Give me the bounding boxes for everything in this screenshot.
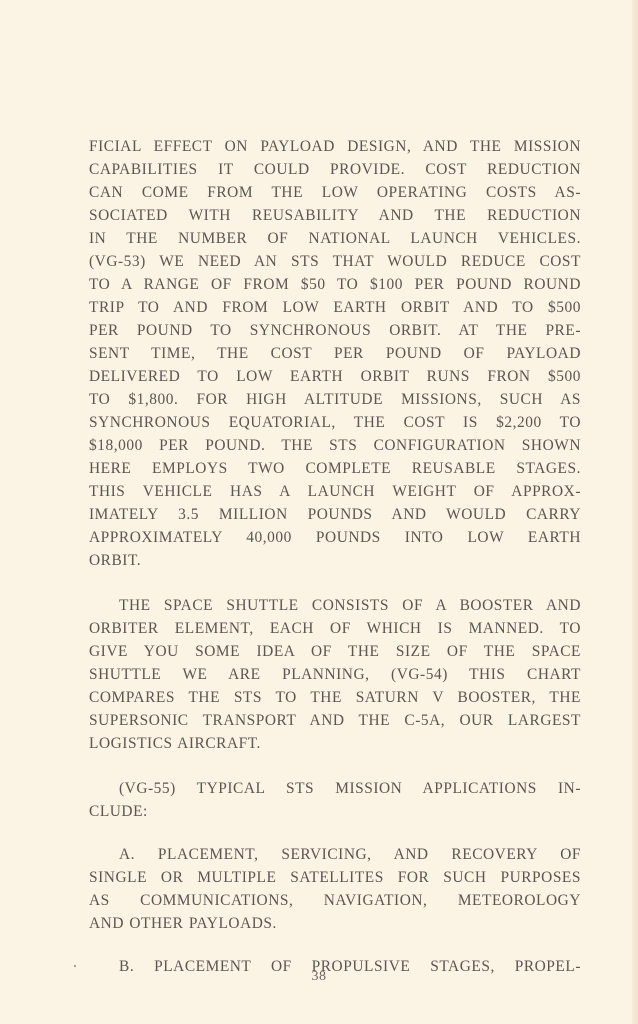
- paragraph-cost-reduction: FICIAL EFFECT ON PAYLOAD DESIGN, AND THE…: [89, 135, 581, 572]
- text-line: FICIAL EFFECT ON PAYLOAD DESIGN, AND THE…: [89, 135, 581, 158]
- page-number: 38: [0, 969, 638, 985]
- paragraph-space-shuttle-size: THE SPACE SHUTTLE CONSISTS OF A BOOSTER …: [89, 594, 581, 755]
- text-line: IMATELY 3.5 MILLION POUNDS AND WOULD CAR…: [89, 503, 581, 526]
- text-line: THIS VEHICLE HAS A LAUNCH WEIGHT OF APPR…: [89, 480, 581, 503]
- text-line: LOGISTICS AIRCRAFT.: [89, 732, 581, 755]
- paragraph-mission-applications: (VG-55) TYPICAL STS MISSION APPLICATIONS…: [89, 777, 581, 823]
- text-line: SOCIATED WITH REUSABILITY AND THE REDUCT…: [89, 204, 581, 227]
- text-line: TRIP TO AND FROM LOW EARTH ORBIT AND TO …: [89, 296, 581, 319]
- paragraph-spacer: [89, 823, 581, 843]
- page-body: FICIAL EFFECT ON PAYLOAD DESIGN, AND THE…: [89, 135, 581, 978]
- text-line: HERE EMPLOYS TWO COMPLETE REUSABLE STAGE…: [89, 457, 581, 480]
- text-line: COMPARES THE STS TO THE SATURN V BOOSTER…: [89, 686, 581, 709]
- text-line: GIVE YOU SOME IDEA OF THE SIZE OF THE SP…: [89, 640, 581, 663]
- paragraph-spacer: [89, 755, 581, 777]
- text-line: AS COMMUNICATIONS, NAVIGATION, METEOROLO…: [89, 889, 581, 912]
- text-line: AND OTHER PAYLOADS.: [89, 912, 581, 935]
- text-line: SENT TIME, THE COST PER POUND OF PAYLOAD: [89, 342, 581, 365]
- paragraph-spacer: [89, 935, 581, 955]
- text-line: SINGLE OR MULTIPLE SATELLITES FOR SUCH P…: [89, 866, 581, 889]
- text-line: SYNCHRONOUS EQUATORIAL, THE COST IS $2,2…: [89, 411, 581, 434]
- text-line: PER POUND TO SYNCHRONOUS ORBIT. AT THE P…: [89, 319, 581, 342]
- text-line: IN THE NUMBER OF NATIONAL LAUNCH VEHICLE…: [89, 227, 581, 250]
- text-line: SHUTTLE WE ARE PLANNING, (VG-54) THIS CH…: [89, 663, 581, 686]
- text-line: (VG-55) TYPICAL STS MISSION APPLICATIONS…: [89, 777, 581, 800]
- text-line: CAPABILITIES IT COULD PROVIDE. COST REDU…: [89, 158, 581, 181]
- list-item-a-satellites: A. PLACEMENT, SERVICING, AND RECOVERY OF…: [89, 843, 581, 935]
- text-line: (VG-53) WE NEED AN STS THAT WOULD REDUCE…: [89, 250, 581, 273]
- paragraph-spacer: [89, 572, 581, 594]
- scan-speck: [74, 965, 76, 967]
- text-line: APPROXIMATELY 40,000 POUNDS INTO LOW EAR…: [89, 526, 581, 549]
- text-line: CAN COME FROM THE LOW OPERATING COSTS AS…: [89, 181, 581, 204]
- text-line: $18,000 PER POUND. THE STS CONFIGURATION…: [89, 434, 581, 457]
- text-line: TO $1,800. FOR HIGH ALTITUDE MISSIONS, S…: [89, 388, 581, 411]
- text-line: A. PLACEMENT, SERVICING, AND RECOVERY OF: [89, 843, 581, 866]
- text-line: CLUDE:: [89, 800, 581, 823]
- text-line: TO A RANGE OF FROM $50 TO $100 PER POUND…: [89, 273, 581, 296]
- text-line: DELIVERED TO LOW EARTH ORBIT RUNS FRON $…: [89, 365, 581, 388]
- page-edge-shadow: [632, 0, 638, 1024]
- text-line: THE SPACE SHUTTLE CONSISTS OF A BOOSTER …: [89, 594, 581, 617]
- text-line: ORBIT.: [89, 549, 581, 572]
- text-line: ORBITER ELEMENT, EACH OF WHICH IS MANNED…: [89, 617, 581, 640]
- text-line: SUPERSONIC TRANSPORT AND THE C-5A, OUR L…: [89, 709, 581, 732]
